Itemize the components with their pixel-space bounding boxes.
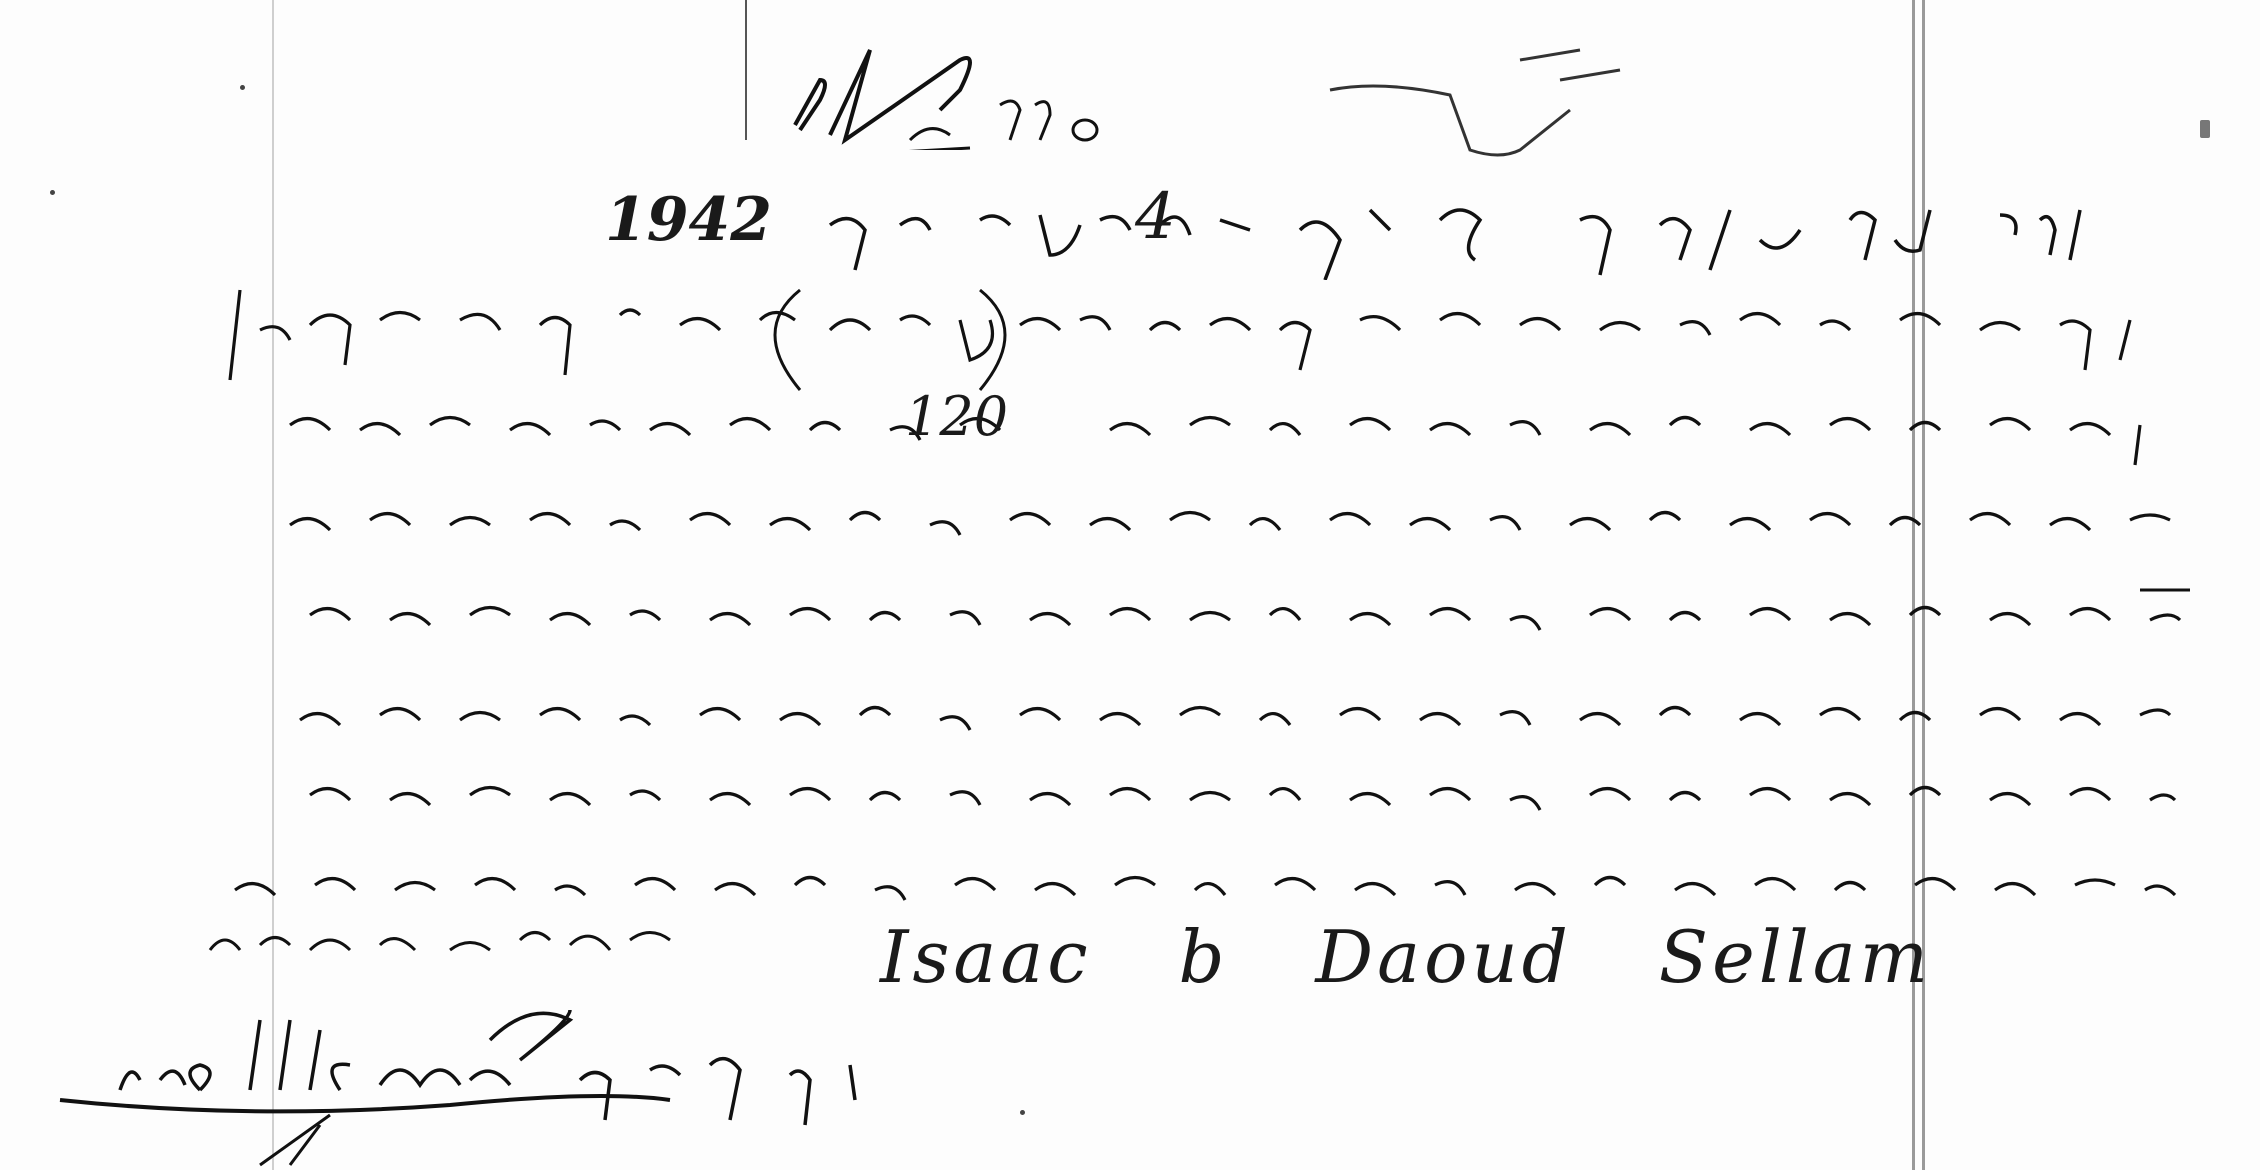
top-right-scribble <box>1320 40 1640 160</box>
scan-speck <box>50 190 55 195</box>
margin-rule-mid <box>745 0 747 140</box>
scan-speck <box>2200 120 2210 138</box>
handwritten-line-9 <box>190 880 710 980</box>
handwritten-line-4 <box>270 465 2200 575</box>
year-text: 1942 <box>605 185 772 255</box>
handwritten-line-1 <box>600 180 2160 280</box>
document-page: 1942 4 120 <box>0 0 2260 1170</box>
latin-signature: Isaac b Daoud Sellam <box>880 915 1932 999</box>
day-number-text: 4 <box>1135 180 1176 254</box>
scan-speck <box>240 85 245 90</box>
handwritten-line-3 <box>270 375 2200 475</box>
handwritten-line-5 <box>270 560 2200 670</box>
amount-text: 120 <box>905 385 1008 448</box>
scan-speck <box>1020 1110 1025 1115</box>
header-mark <box>760 20 1180 150</box>
bottom-signature <box>50 990 910 1170</box>
